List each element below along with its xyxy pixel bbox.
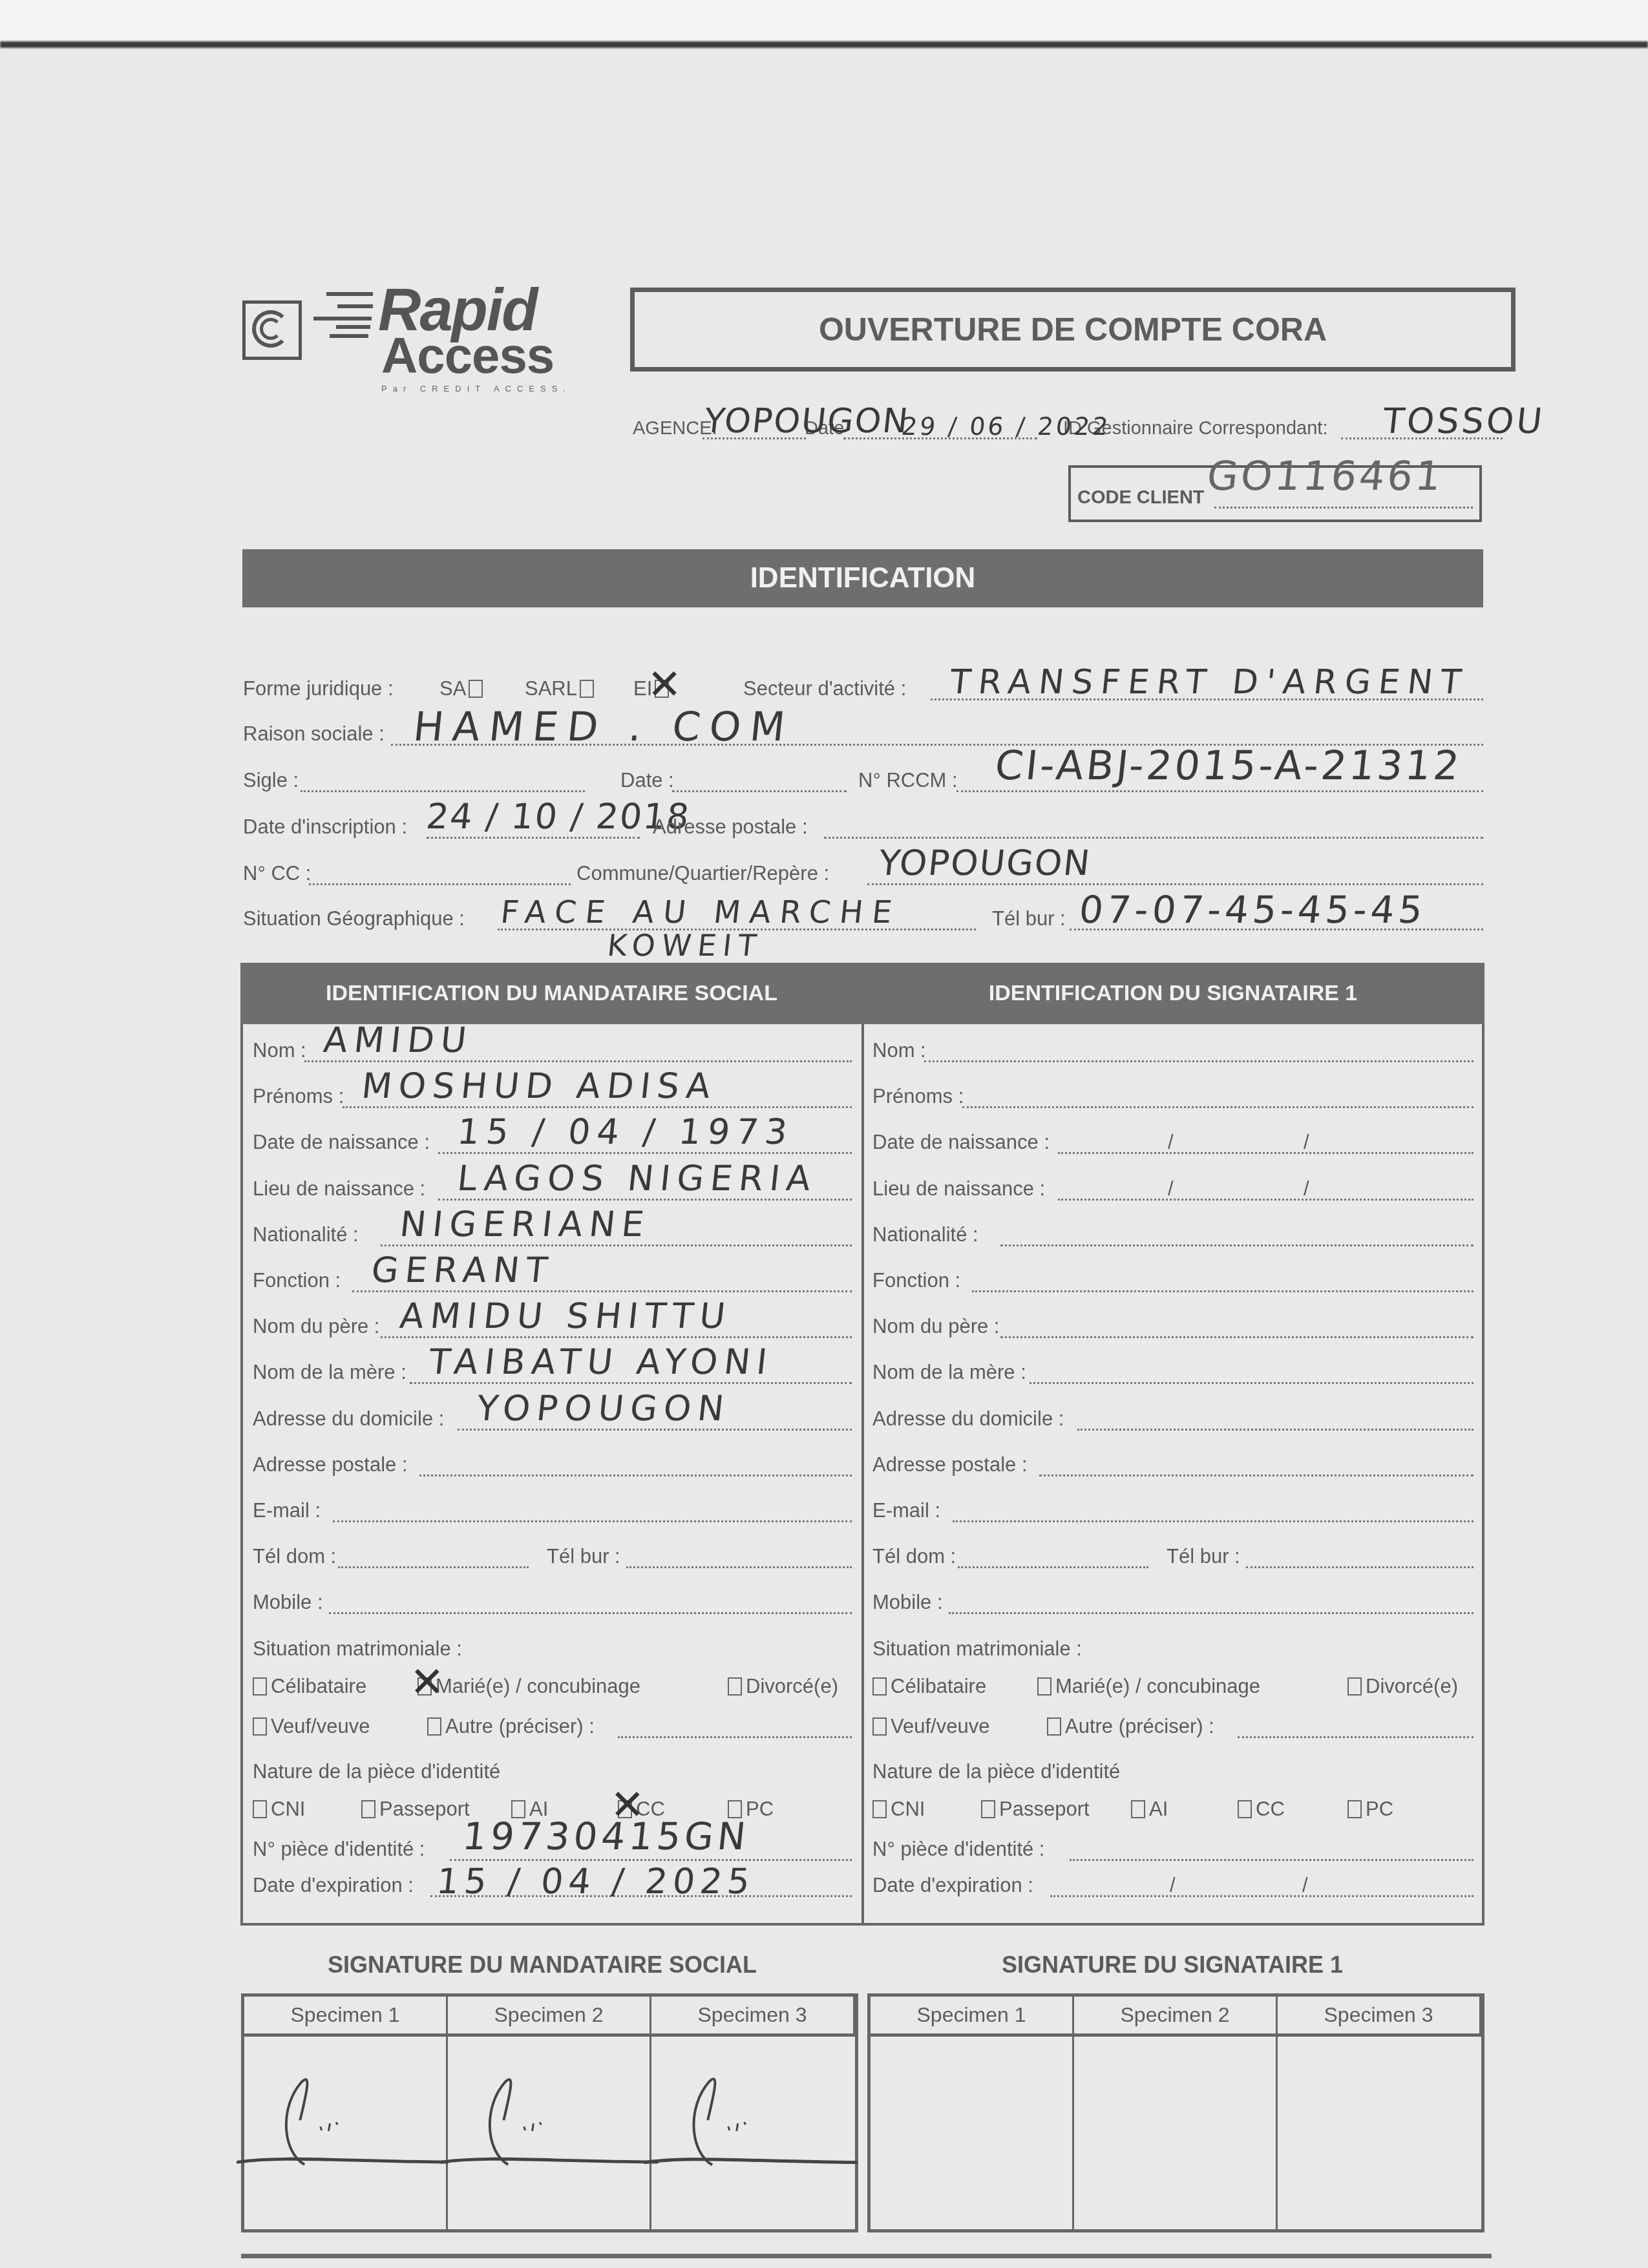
field-label: Adresse du domicile : [872,1407,1064,1431]
logo-tagline: Par CREDIT ACCESS. [381,384,571,394]
piece-option-label: CNI [271,1798,305,1820]
tel-dom-input[interactable] [338,1545,529,1571]
field-label: Fonction : [872,1269,960,1292]
footer-rule [241,2254,1492,2258]
matrimoniale-option[interactable]: Veuf/veuve [253,1715,370,1738]
secteur-field[interactable]: TRANSFERT D'ARGENT [948,663,1471,702]
field-label: Nom : [253,1039,306,1062]
piece-option[interactable]: AI [1131,1798,1168,1821]
field-value[interactable]: MOSHUD ADISA [360,1066,719,1106]
piece-option-label: PC [1366,1798,1393,1820]
dotted-line [956,790,1483,792]
checkbox-icon[interactable] [1347,1800,1362,1818]
scanner-background [0,0,1648,43]
field-label: Fonction : [253,1269,341,1292]
checkbox-icon[interactable] [253,1800,267,1818]
dotted-line [1238,1736,1474,1738]
signature-specimen-box[interactable] [244,2037,448,2229]
matrimoniale-option[interactable]: Autre (préciser) : [1047,1715,1214,1738]
nature-piece-label: Nature de la pièce d'identité [872,1760,1120,1783]
situation-matrimoniale-label: Situation matrimoniale : [872,1637,1082,1661]
forme-juridique-option[interactable]: SARL [525,677,598,700]
code-client-dots [1214,507,1473,509]
option-label: SA [439,677,466,700]
field-input[interactable] [1077,1407,1474,1433]
num-piece-label: N° pièce d'identité : [253,1838,425,1861]
signature-specimen-box[interactable] [1278,2037,1481,2229]
matrimoniale-option-label: Veuf/veuve [891,1715,989,1738]
dotted-line [618,1736,852,1738]
dotted-line [867,883,1483,885]
mobile-input[interactable] [949,1591,1474,1617]
matrimoniale-option[interactable]: Autre (préciser) : [427,1715,595,1738]
signature-mark [651,2037,855,2229]
tel-bur-input[interactable] [626,1545,852,1571]
piece-option[interactable]: CC [1238,1798,1285,1821]
field-input[interactable] [924,1039,1474,1065]
field-input[interactable] [1030,1361,1474,1387]
field-input[interactable] [419,1453,852,1479]
matrimoniale-option-label: Célibataire [891,1675,986,1697]
code-client-field[interactable]: GO116461 [1205,452,1446,499]
field-label: Lieu de naissance : [872,1177,1045,1201]
tel-bur-label: Tél bur : [547,1545,620,1568]
speed-lines-icon [326,292,373,296]
mandataire-signature-title: SIGNATURE DU MANDATAIRE SOCIAL [328,1951,757,1979]
tel-dom-label: Tél dom : [872,1545,956,1568]
piece-option[interactable]: Passeport [981,1798,1090,1821]
matrimoniale-option-label: Divorcé(e) [746,1675,838,1697]
rccm-field[interactable]: CI-ABJ-2015-A-21312 [993,742,1464,789]
dotted-line [381,1336,852,1338]
piece-option[interactable]: CNI [253,1798,305,1821]
field-input[interactable] [1058,1177,1474,1203]
checkbox-icon[interactable] [981,1800,995,1818]
field-input[interactable] [1000,1315,1474,1341]
specimen-header: Specimen 3 [651,1997,855,2037]
field-value[interactable]: 15 / 04 / 1973 [456,1111,796,1152]
tel-bur-label: Tél bur : [992,907,1066,930]
identification-section-header: IDENTIFICATION [242,549,1483,607]
speed-line [336,325,370,329]
checkbox-icon[interactable] [427,1717,441,1736]
mandataire-signature-table: Specimen 1Specimen 2Specimen 3 [241,1993,858,2232]
checkbox-icon[interactable] [580,680,594,698]
num-piece-field[interactable]: 19730415GN [460,1814,752,1858]
checkbox-icon[interactable] [1037,1677,1051,1696]
checkbox-icon[interactable] [1238,1800,1252,1818]
logo-access: Access [381,326,554,385]
checkbox-icon[interactable] [655,680,669,698]
field-value[interactable]: TAIBATU AYONI [427,1341,776,1382]
dotted-line [458,1429,852,1431]
field-value[interactable]: AMIDU [322,1020,475,1060]
matrimoniale-option[interactable]: Marié(e) / concubinage [417,1675,640,1698]
matrimoniale-option[interactable]: Divorcé(e) [1347,1675,1458,1698]
matrimoniale-option-label: Célibataire [271,1675,366,1697]
dotted-line [343,1106,852,1108]
field-value[interactable]: NIGERIANE [398,1204,653,1244]
forme-juridique-option[interactable]: SA [439,677,487,700]
dotted-line [301,790,585,792]
sigle-label: Sigle : [243,769,299,792]
checkbox-icon[interactable] [728,1677,742,1696]
signature-specimen-box[interactable] [1074,2037,1278,2229]
field-value[interactable]: LAGOS NIGERIA [456,1158,819,1199]
field-label: Nom du père : [253,1315,379,1338]
paper-edge [0,41,1648,48]
raison-sociale-label: Raison sociale : [243,722,385,746]
field-label: Nom du père : [872,1315,999,1338]
field-label: Adresse postale : [253,1453,408,1476]
checkbox-icon[interactable] [417,1677,432,1696]
signature-mark [244,2037,446,2229]
specimen-header: Specimen 2 [448,1997,651,2037]
expiration-field[interactable]: 15 / 04 / 2025 [435,1861,757,1902]
piece-option-label: CC [1256,1798,1285,1820]
checkbox-icon[interactable] [253,1677,267,1696]
column-divider [861,1024,864,1926]
field-input[interactable] [953,1499,1474,1525]
mobile-input[interactable] [329,1591,852,1617]
tel-dom-input[interactable] [958,1545,1148,1571]
piece-option-label: Passeport [379,1798,470,1820]
field-label: Adresse postale : [872,1453,1028,1476]
signature-specimen-box[interactable] [448,2037,651,2229]
dotted-line [309,883,571,885]
date-field[interactable]: 29 / 06 / 2022 [900,412,1112,441]
field-label: Prénoms : [253,1085,344,1108]
dotted-line [381,1244,852,1246]
field-label: Date de naissance : [872,1131,1050,1154]
situation-field-line1[interactable]: FACE AU MARCHE [499,894,903,930]
field-input[interactable] [1000,1223,1474,1249]
matrimoniale-option[interactable]: Veuf/veuve [872,1715,989,1738]
date-inscription-label: Date d'inscription : [243,815,407,839]
signataire-section-header: IDENTIFICATION DU SIGNATAIRE 1 [861,963,1484,1024]
matrimoniale-option-label: Veuf/veuve [271,1715,370,1738]
field-label: E-mail : [872,1499,940,1522]
forme-juridique-option[interactable]: EI [633,677,673,700]
signature-specimen-box[interactable] [871,2037,1074,2229]
agence-field[interactable]: YOPOUGON [703,402,911,441]
dotted-line [438,1152,852,1154]
expiration-label: Date d'expiration : [253,1874,414,1897]
field-label: Adresse du domicile : [253,1407,444,1431]
dotted-line [352,1290,852,1292]
sigle-date-label: Date : [620,769,674,792]
speed-line [337,304,373,308]
field-input[interactable] [1039,1453,1474,1479]
field-value[interactable]: AMIDU SHITTU [398,1296,734,1336]
checkbox-icon[interactable] [872,1800,887,1818]
matrimoniale-option-label: Marié(e) / concubinage [1055,1675,1260,1697]
piece-option-label: CNI [891,1798,925,1820]
field-input[interactable] [962,1085,1474,1111]
signataire-signature-table: Specimen 1Specimen 2Specimen 3 [867,1993,1484,2232]
field-input[interactable] [333,1499,852,1525]
num-piece-input[interactable] [1070,1838,1474,1864]
situation-field-line2[interactable]: KOWEIT [606,928,765,963]
dotted-line [672,790,847,792]
piece-option-label: Passeport [999,1798,1090,1820]
specimen-header: Specimen 2 [1074,1997,1278,2037]
piece-option[interactable]: CNI [872,1798,925,1821]
code-client-label: CODE CLIENT [1077,487,1205,509]
dotted-line [438,1199,852,1201]
ncc-label: N° CC : [243,862,311,885]
field-label: Nationalité : [253,1223,359,1246]
option-label: SARL [525,677,577,700]
situation-matrimoniale-label: Situation matrimoniale : [253,1637,462,1661]
field-label: Nom : [872,1039,926,1062]
matrimoniale-option-label: Divorcé(e) [1366,1675,1458,1697]
field-label: Lieu de naissance : [253,1177,425,1201]
form-title: OUVERTURE DE COMPTE CORA [819,311,1327,348]
tel-bur-input[interactable] [1246,1545,1474,1571]
tel-bur-label: Tél bur : [1167,1545,1240,1568]
signature-mark [448,2037,650,2229]
speed-line [330,334,368,338]
matrimoniale-option[interactable]: Célibataire [872,1675,986,1698]
dotted-line [427,837,640,839]
commune-label: Commune/Quartier/Repère : [576,862,829,885]
secteur-label: Secteur d'activité : [743,677,906,700]
matrimoniale-option-label: Marié(e) / concubinage [436,1675,640,1697]
field-input[interactable] [1058,1131,1474,1157]
form-title-box: OUVERTURE DE COMPTE CORA [630,288,1516,372]
speed-line [313,317,372,320]
raison-sociale-field[interactable]: HAMED . COM [411,703,796,750]
dotted-line [410,1382,852,1384]
piece-option-label: AI [1149,1798,1168,1820]
checkbox-icon[interactable] [1347,1677,1362,1696]
tel-bur-field[interactable]: 07-07-45-45-45 [1077,888,1428,932]
matrimoniale-option[interactable]: Marié(e) / concubinage [1037,1675,1260,1698]
forme-juridique-label: Forme juridique : [243,677,394,700]
field-label: Nom de la mère : [253,1361,407,1384]
num-piece-label: N° pièce d'identité : [872,1838,1044,1861]
dotted-line [304,1060,852,1062]
field-label: E-mail : [253,1499,321,1522]
piece-option[interactable]: Passeport [361,1798,470,1821]
tel-dom-label: Tél dom : [253,1545,336,1568]
specimen-header: Specimen 3 [1278,1997,1481,2037]
field-label: Prénoms : [872,1085,964,1108]
signataire-signature-title: SIGNATURE DU SIGNATAIRE 1 [1002,1951,1343,1979]
credit-access-logo-icon [242,300,302,360]
field-input[interactable] [972,1269,1474,1295]
piece-option[interactable]: PC [1347,1798,1393,1821]
specimen-header: Specimen 1 [244,1997,448,2037]
situation-label: Situation Géographique : [243,907,465,930]
rccm-label: N° RCCM : [858,769,958,792]
mobile-label: Mobile : [872,1591,943,1614]
checkbox-icon[interactable] [872,1677,887,1696]
checkbox-icon[interactable] [1131,1800,1145,1818]
specimen-header: Specimen 1 [871,1997,1074,2037]
checkbox-icon[interactable] [253,1717,267,1736]
field-label: Nationalité : [872,1223,978,1246]
adresse-postale-label: Adresse postale : [653,815,808,839]
expiration-label: Date d'expiration : [872,1874,1033,1897]
checkbox-icon[interactable] [469,680,483,698]
checkbox-icon[interactable] [872,1717,887,1736]
dotted-line [824,837,1483,839]
field-value[interactable]: YOPOUGON [475,1388,732,1429]
mobile-label: Mobile : [253,1591,323,1614]
signature-specimen-box[interactable] [651,2037,855,2229]
mandataire-section-header: IDENTIFICATION DU MANDATAIRE SOCIAL [240,963,863,1024]
field-label: Nom de la mère : [872,1361,1026,1384]
field-label: Date de naissance : [253,1131,430,1154]
matrimoniale-option-label: Autre (préciser) : [445,1715,595,1738]
expiration-input[interactable] [1050,1874,1474,1900]
matrimoniale-option[interactable]: Divorcé(e) [728,1675,838,1698]
matrimoniale-option[interactable]: Célibataire [253,1675,366,1698]
checkbox-icon[interactable] [1047,1717,1061,1736]
nature-piece-label: Nature de la pièce d'identité [253,1760,500,1783]
field-value[interactable]: GERANT [370,1250,556,1290]
matrimoniale-option-label: Autre (préciser) : [1065,1715,1214,1738]
gestionnaire-field[interactable]: TOSSOU [1381,401,1547,441]
checkbox-icon[interactable] [361,1800,375,1818]
commune-field[interactable]: YOPOUGON [877,843,1093,883]
